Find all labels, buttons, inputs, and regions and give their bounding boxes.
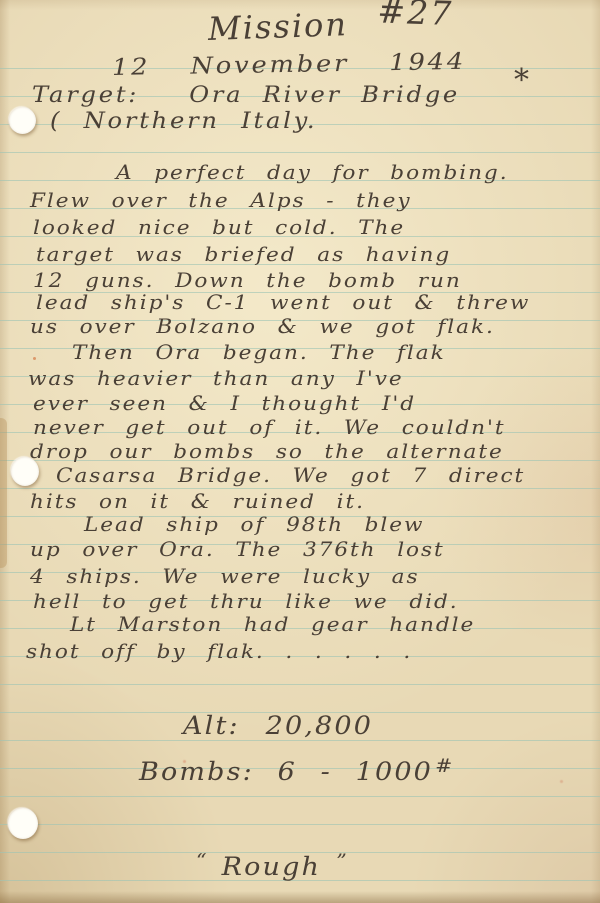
handwriting-line: never get out of it. We couldn't xyxy=(33,417,506,437)
target-label: Target: xyxy=(32,83,139,108)
handwriting-line: was heavier than any I've xyxy=(28,368,404,388)
handwriting-line: ever seen & I thought I'd xyxy=(33,393,416,413)
handwriting-line: target was briefed as having xyxy=(36,244,451,264)
open-quote-mark: “ xyxy=(196,852,209,871)
mission-title: Mission #27 xyxy=(207,3,454,45)
handwriting-line: 12 guns. Down the bomb run xyxy=(33,270,462,290)
bombs-unit-superscript: # xyxy=(435,757,454,776)
handwriting-line: Then Ora began. The flak xyxy=(72,342,446,362)
punch-hole-bottom xyxy=(8,808,38,839)
handwriting-line: Flew over the Alps - they xyxy=(30,190,411,210)
handwriting-line: up over Ora. The 376th lost xyxy=(30,539,445,559)
handwriting-line: Casarsa Bridge. We got 7 direct xyxy=(56,465,525,485)
bombs-value: 6 - 1000 xyxy=(278,757,433,786)
handwriting-line: 4 ships. We were lucky as xyxy=(30,566,420,586)
punch-hole-top xyxy=(9,107,36,134)
handwriting-line: hits on it & ruined it. xyxy=(30,491,365,511)
closing-quote-line: “Rough” xyxy=(196,854,349,879)
target-value: Ora River Bridge xyxy=(189,83,460,108)
date-line: 12 November 1944 xyxy=(112,51,466,80)
target-line: Target: Ora River Bridge xyxy=(32,85,460,107)
handwriting-line: shot off by flak. . . . . . xyxy=(26,641,412,661)
mission-number: #27 xyxy=(377,0,454,30)
mission-title-word: Mission xyxy=(207,5,348,48)
handwriting-line: Lead ship of 98th blew xyxy=(84,514,424,534)
close-quote-mark: ” xyxy=(336,852,349,871)
handwriting-line: hell to get thru like we did. xyxy=(33,591,459,611)
handwriting-line: drop our bombs so the alternate xyxy=(30,441,504,461)
left-edge-strip xyxy=(0,418,7,568)
handwriting-line: looked nice but cold. The xyxy=(33,217,405,237)
handwriting-line: lead ship's C-1 went out & threw xyxy=(36,292,530,312)
bombs-line: Bombs: 6 - 1000# xyxy=(139,759,455,784)
altitude-line: Alt: 20,800 xyxy=(183,713,373,738)
paper-stain-specks xyxy=(33,357,36,360)
altitude-label: Alt: xyxy=(183,711,240,740)
location-line: ( Northern Italy. xyxy=(50,111,317,133)
diary-page: Mission #27 12 November 1944 Target: Ora… xyxy=(0,0,600,903)
quote-word: Rough xyxy=(222,852,321,881)
handwriting-line: us over Bolzano & we got flak. xyxy=(30,316,495,336)
handwriting-line: A perfect day for bombing. xyxy=(116,162,509,182)
altitude-value: 20,800 xyxy=(266,711,373,740)
bombs-label: Bombs: xyxy=(139,757,254,786)
handwriting-line: Lt Marston had gear handle xyxy=(70,614,475,634)
annotation-asterisk: * xyxy=(514,66,529,96)
